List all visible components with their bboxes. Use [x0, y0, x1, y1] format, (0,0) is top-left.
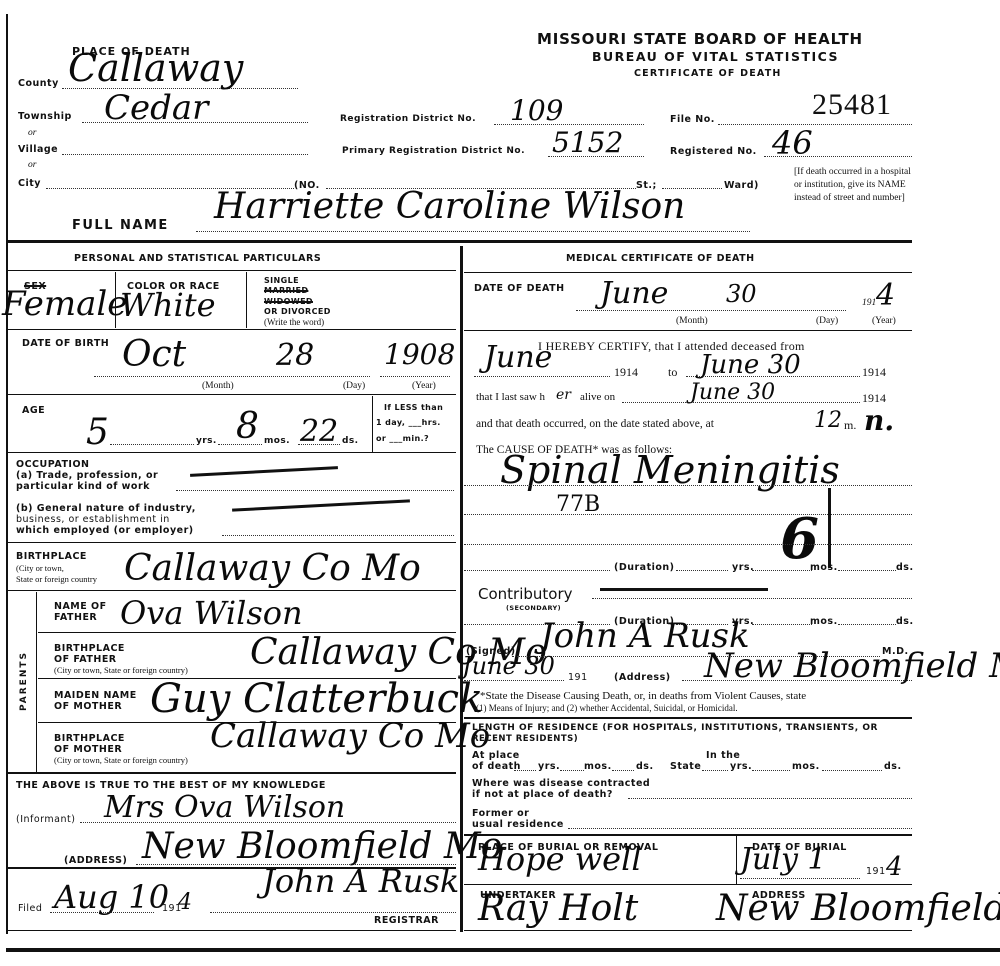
occupation-b-line2: business, or establishment in [16, 514, 170, 525]
marital-married: MARRIED [264, 286, 308, 295]
age-mos-label: mos. [264, 436, 290, 446]
dod-month[interactable]: June [600, 276, 668, 311]
primary-registration-value[interactable]: 5152 [552, 126, 623, 159]
header-divider [6, 240, 912, 243]
alive-on-label: alive on [580, 391, 615, 403]
father-birthplace-label-2: OF FATHER [54, 654, 117, 665]
dod-month-caption: (Month) [676, 316, 708, 326]
filed-date[interactable]: Aug 10 [54, 878, 169, 916]
village-label: Village [18, 144, 58, 155]
signed-year: 191 [568, 672, 588, 683]
contributory-label: Contributory [478, 585, 573, 603]
contributory-ds: ds. [896, 616, 914, 627]
birthplace-hint-2: State or foreign country [16, 574, 97, 584]
occupation-b-line1: (b) General nature of industry, [16, 503, 196, 514]
if-less-line2: 1 day, ___hrs. [376, 418, 441, 427]
in-state-label-2: State [670, 761, 701, 772]
death-time[interactable]: 12 [814, 408, 842, 433]
mother-label-2: OF MOTHER [54, 701, 122, 712]
last-saw-pronoun[interactable]: er [556, 387, 571, 403]
marital-single: SINGLE [264, 276, 299, 285]
dob-month-caption: (Month) [202, 381, 234, 391]
or-label-2: or [28, 160, 36, 170]
death-occurred-text: and that death occurred, on the date sta… [476, 418, 714, 430]
signed-date[interactable]: June 30 [462, 652, 555, 680]
dob-day[interactable]: 28 [276, 338, 314, 373]
marital-widowed: WIDOWED [264, 297, 313, 306]
left-border [6, 14, 8, 934]
file-no-value: 25481 [812, 88, 892, 122]
mother-birthplace-label-2: OF MOTHER [54, 744, 122, 755]
age-months[interactable]: 8 [236, 406, 259, 447]
registrar-signature[interactable]: John A Rusk [262, 862, 459, 900]
bureau-title: BUREAU OF VITAL STATISTICS [592, 49, 839, 64]
burial-place[interactable]: Hope well [478, 840, 642, 878]
occupation-a-line1: (a) Trade, profession, or [16, 470, 158, 481]
father-birthplace-hint: (City or town, State or foreign country) [54, 665, 188, 675]
registration-district-value[interactable]: 109 [510, 94, 563, 127]
residence-heading-1: LENGTH OF RESIDENCE (FOR HOSPITALS, INST… [472, 723, 878, 733]
if-less-line1: If LESS than [384, 403, 443, 412]
city-label: City [18, 178, 41, 189]
birthplace-value[interactable]: Callaway Co Mo [124, 548, 421, 589]
dob-label: DATE OF BIRTH [22, 338, 109, 349]
at-place-ds: ds. [636, 761, 654, 772]
dod-year-caption: (Year) [872, 316, 896, 326]
registration-district-label: Registration District No. [340, 114, 476, 124]
in-state-yrs: yrs. [730, 761, 752, 772]
dob-year[interactable]: 1908 [384, 338, 455, 371]
death-time-extra[interactable]: n. [864, 404, 894, 437]
footnote-line1: *State the Disease Causing Death, or, in… [480, 690, 806, 702]
filed-year-suffix[interactable]: 4 [178, 890, 192, 915]
race-value[interactable]: White [120, 286, 216, 324]
secondary-label: (SECONDARY) [506, 604, 561, 612]
father-name[interactable]: Ova Wilson [120, 594, 303, 632]
duration-mos: mos. [810, 562, 838, 573]
burial-date[interactable]: July 1 [740, 842, 827, 877]
residence-heading-2: RECENT RESIDENTS) [472, 734, 578, 744]
bottom-border [6, 948, 1000, 952]
full-name-value[interactable]: Harriette Caroline Wilson [214, 186, 685, 227]
primary-registration-label: Primary Registration District No. [342, 146, 525, 156]
birthplace-label: BIRTHPLACE [16, 551, 87, 562]
parents-side-label: PARENTS [19, 651, 29, 711]
duration-label: (Duration) [614, 562, 675, 573]
to-label: to [668, 365, 677, 380]
contracted-label-1: Where was disease contracted [472, 778, 650, 789]
medical-heading: MEDICAL CERTIFICATE OF DEATH [566, 253, 755, 264]
in-state-mos: mos. [792, 761, 820, 772]
duration-ds: ds. [896, 562, 914, 573]
duration-yrs: yrs. [732, 562, 754, 573]
physician-address-label: (Address) [614, 672, 671, 683]
dod-label: DATE OF DEATH [474, 283, 565, 294]
mother-label-1: MAIDEN NAME [54, 690, 137, 701]
attended-from-year: 1914 [614, 365, 638, 380]
undertaker-address[interactable]: New Bloomfield Mo [716, 888, 1000, 929]
registrar-label: REGISTRAR [374, 915, 439, 926]
mother-birthplace-hint: (City or town, State or foreign country) [54, 755, 188, 765]
full-name-label: FULL NAME [72, 218, 169, 233]
occupation-heading: OCCUPATION [16, 459, 89, 470]
last-saw-prefix: that I last saw h [476, 391, 545, 403]
marital-hint: (Write the word) [264, 317, 324, 327]
dod-year-suffix[interactable]: 4 [876, 278, 895, 313]
informant-label: (Informant) [16, 814, 75, 825]
certificate-title: CERTIFICATE OF DEATH [634, 68, 782, 79]
sex-value[interactable]: Female [2, 284, 127, 324]
death-certificate: MISSOURI STATE BOARD OF HEALTH BUREAU OF… [0, 0, 1000, 966]
registered-no-label: Registered No. [670, 146, 757, 157]
contributory-mos: mos. [810, 616, 838, 627]
age-years[interactable]: 5 [86, 412, 109, 453]
occupation-a-line2: particular kind of work [16, 481, 150, 492]
death-time-suffix: m. [844, 418, 856, 433]
duration-bar [828, 488, 831, 568]
age-ds-label: ds. [342, 436, 358, 446]
attended-to-year: 1914 [862, 365, 886, 380]
personal-heading: PERSONAL AND STATISTICAL PARTICULARS [74, 253, 321, 264]
informant-address-label: (ADDRESS) [64, 855, 127, 866]
county-label: County [18, 78, 59, 89]
informant-name[interactable]: Mrs Ova Wilson [104, 790, 345, 825]
father-label-1: NAME OF [54, 601, 107, 612]
undertaker-name[interactable]: Ray Holt [478, 888, 638, 929]
contributory-dash [600, 588, 768, 591]
informant-address[interactable]: New Bloomfield Mo [142, 826, 502, 867]
dod-year-prefix: 191 [862, 298, 876, 308]
at-place-mos: mos. [584, 761, 612, 772]
former-residence-label-2: usual residence [472, 819, 564, 830]
if-less-line3: or ___min.? [376, 434, 429, 443]
occupation-a-dash [190, 466, 338, 477]
township-value[interactable]: Cedar [104, 88, 208, 128]
dob-month[interactable]: Oct [122, 334, 186, 375]
father-birthplace-label-1: BIRTHPLACE [54, 643, 125, 654]
file-no-label: File No. [670, 114, 715, 125]
at-place-label-1: At place [472, 750, 520, 761]
dod-day[interactable]: 30 [726, 280, 757, 308]
in-state-ds: ds. [884, 761, 902, 772]
last-saw-date[interactable]: June 30 [690, 380, 775, 405]
contracted-label-2: if not at place of death? [472, 789, 613, 800]
age-yrs-label: yrs. [196, 436, 217, 446]
filed-label: Filed [18, 903, 42, 914]
attended-from[interactable]: June [484, 340, 552, 375]
burial-year-suffix[interactable]: 4 [886, 852, 903, 882]
marital-divorced: OR DIVORCED [264, 307, 331, 316]
footnote-line2: (1) Means of Injury; and (2) whether Acc… [476, 703, 738, 713]
hospital-note: [If death occurred in a hospital or inst… [794, 166, 914, 205]
in-state-label-1: In the [706, 750, 740, 761]
dod-day-caption: (Day) [816, 316, 838, 326]
former-residence-label-1: Former or [472, 808, 529, 819]
dob-year-caption: (Year) [412, 381, 436, 391]
registered-no-value[interactable]: 46 [772, 124, 813, 162]
county-value[interactable]: Callaway [68, 46, 243, 90]
mother-birthplace[interactable]: Callaway Co Mo [210, 716, 490, 756]
father-label-2: FATHER [54, 612, 97, 623]
at-place-yrs: yrs. [538, 761, 560, 772]
physician-address[interactable]: New Bloomfield Mo [704, 646, 1000, 686]
occupation-b-line3: which employed (or employer) [16, 525, 194, 536]
occupation-b-dash [232, 499, 410, 511]
age-label: AGE [22, 405, 45, 416]
dob-day-caption: (Day) [343, 381, 365, 391]
ward-label: Ward) [724, 180, 759, 191]
mother-birthplace-label-1: BIRTHPLACE [54, 733, 125, 744]
birthplace-hint-1: (City or town, [16, 563, 64, 573]
burial-year-prefix: 191 [866, 866, 886, 877]
board-title: MISSOURI STATE BOARD OF HEALTH [537, 30, 863, 48]
township-label: Township [18, 111, 72, 122]
or-label-1: or [28, 128, 36, 138]
